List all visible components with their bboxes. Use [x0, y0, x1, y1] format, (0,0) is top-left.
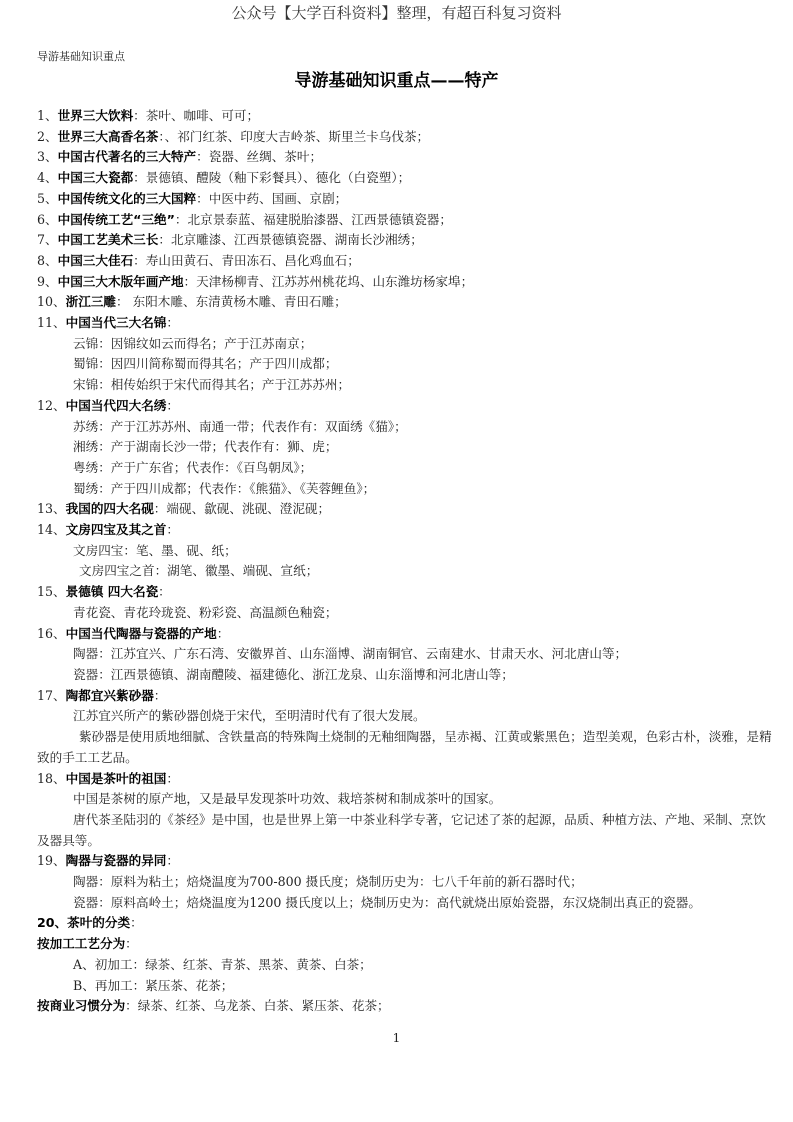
separator: ： — [158, 584, 171, 599]
section-heading: 12、中国当代四大名绣： — [37, 396, 772, 417]
item-heading: 中国三大佳石 — [58, 253, 134, 268]
separator: ： — [154, 688, 167, 703]
separator: ： — [133, 170, 146, 185]
item-body: 绿茶、红茶、乌龙茶、白茶、紧压茶、花茶； — [138, 998, 390, 1013]
separator: ： — [133, 253, 146, 268]
item-body: 景德镇、醴陵（釉下彩餐具）、德化（白瓷塑）； — [146, 170, 410, 185]
item-heading: 世界三大饮料 — [58, 108, 134, 123]
separator: ： — [166, 398, 179, 413]
item-body: 东阳木雕、东清黄杨木雕、青田石雕； — [129, 294, 347, 309]
sub-line: 陶器：原料为粘土；焙烧温度为700-800 摄氏度；烧制历史为：七八千年前的新石… — [37, 872, 772, 893]
item-body: 寿山田黄石、青田冻石、昌化鸡血石； — [146, 253, 360, 268]
item-heading: 文房四宝及其之首 — [66, 522, 167, 537]
item-heading: 中国三大瓷都 — [58, 170, 134, 185]
separator: ： — [175, 212, 188, 227]
list-item: 10、浙江三雕： 东阳木雕、东清黄杨木雕、青田石雕； — [37, 292, 772, 313]
separator: ： — [196, 149, 209, 164]
list-item: 4、中国三大瓷都：景德镇、醴陵（釉下彩餐具）、德化（白瓷塑）； — [37, 168, 772, 189]
separator: ： — [184, 274, 197, 289]
item-number: 19、 — [37, 853, 66, 868]
item-number: 6、 — [37, 212, 58, 227]
item-heading: 世界三大高香名茶 — [58, 129, 159, 144]
item-number: 17、 — [37, 688, 66, 703]
separator: ： — [166, 771, 179, 786]
paragraph: 唐代茶圣陆羽的《茶经》是中国，也是世界上第一中茶业科学专著，它记述了茶的起源，品… — [37, 810, 772, 851]
paragraph: 紫砂器是使用质地细腻、含铁量高的特殊陶土烧制的无釉细陶器，呈赤褐、江黄或紫黑色；… — [37, 727, 772, 768]
item-number: 7、 — [37, 232, 58, 247]
item-number: 18、 — [37, 771, 66, 786]
separator: ： — [130, 915, 143, 930]
item-body: 、祁门红茶、印度大吉岭茶、斯里兰卡乌伐茶； — [165, 129, 429, 144]
sub-line: B、再加工：紧压茶、花茶； — [37, 976, 772, 997]
item-number: 16、 — [37, 626, 66, 641]
item-body: 中医中药、国画、京剧； — [209, 191, 348, 206]
item-number: 15、 — [37, 584, 66, 599]
sub-line: 蜀绣：产于四川成都；代表作：《熊猫》、《芙蓉鲤鱼》； — [37, 479, 772, 500]
section-heading: 16、中国当代陶器与瓷器的产地： — [37, 624, 772, 645]
item-heading: 中国工艺美术三长 — [58, 232, 159, 247]
list-item: 2、世界三大高香名茶：、祁门红茶、印度大吉岭茶、斯里兰卡乌伐茶； — [37, 127, 772, 148]
separator: ： — [116, 294, 129, 309]
item-body: 端砚、歙砚、洮砚、澄泥砚； — [166, 501, 330, 516]
sub-line: A、初加工：绿茶、红茶、青茶、黑茶、黄茶、白茶； — [37, 955, 772, 976]
document-title: 导游基础知识重点——特产 — [0, 66, 793, 91]
section-heading: 14、文房四宝及其之首： — [37, 520, 772, 541]
section-heading: 11、中国当代三大名锦： — [37, 313, 772, 334]
sub-line: 粤绣：产于广东省；代表作：《百鸟朝凤》； — [37, 458, 772, 479]
item-number: 13、 — [37, 501, 66, 516]
section-heading: 17、陶都宜兴紫砂器： — [37, 686, 772, 707]
item-heading: 中国传统工艺“三绝” — [58, 212, 175, 227]
item-number: 11、 — [37, 315, 66, 330]
item-heading: 中国三大木版年画产地 — [58, 274, 184, 289]
item-heading: 中国当代陶器与瓷器的产地 — [66, 626, 217, 641]
separator: ： — [125, 998, 138, 1013]
item-number: 2、 — [37, 129, 58, 144]
sub-line: 瓷器：原料高岭土；焙烧温度为1200 摄氏度以上；烧制历史为：高代就烧出原始瓷器… — [37, 893, 772, 914]
list-item: 7、中国工艺美术三长：北京雕漆、江西景德镇瓷器、湖南长沙湘绣； — [37, 230, 772, 251]
separator: ： — [217, 626, 230, 641]
section-heading: 19、陶器与瓷器的异同： — [37, 851, 772, 872]
list-item: 13、我国的四大名砚：端砚、歙砚、洮砚、澄泥砚； — [37, 499, 772, 520]
subsection-heading: 按加工工艺分为： — [37, 934, 772, 955]
item-heading: 陶器与瓷器的异同 — [66, 853, 167, 868]
item-number: 3、 — [37, 149, 58, 164]
item-heading: 我国的四大名砚 — [66, 501, 154, 516]
separator: ： — [196, 191, 209, 206]
item-number: 8、 — [37, 253, 58, 268]
sub-line: 陶器：江苏宜兴、广东石湾、安徽界首、山东淄博、湖南铜官、云南建水、甘肃天水、河北… — [37, 644, 772, 665]
sub-line: 瓷器：江西景德镇、湖南醴陵、福建德化、浙江龙泉、山东淄博和河北唐山等； — [37, 665, 772, 686]
section-heading: 20、茶叶的分类： — [37, 913, 772, 934]
watermark-banner: 公众号【大学百科资料】整理，有超百科复习资料 — [0, 2, 793, 23]
item-number: 4、 — [37, 170, 58, 185]
item-number: 9、 — [37, 274, 58, 289]
item-heading: 景德镇 四大名瓷 — [66, 584, 159, 599]
item-number: 12、 — [37, 398, 66, 413]
item-body: 瓷器、丝绸、茶叶； — [209, 149, 322, 164]
item-body: 北京雕漆、江西景德镇瓷器、湖南长沙湘绣； — [171, 232, 423, 247]
separator: ： — [125, 936, 138, 951]
list-item: 5、中国传统文化的三大国粹：中医中药、国画、京剧； — [37, 189, 772, 210]
item-heading: 中国传统文化的三大国粹 — [58, 191, 197, 206]
list-item: 6、中国传统工艺“三绝”：北京景泰蓝、福建脱胎漆器、江西景德镇瓷器； — [37, 210, 772, 231]
item-number: 1、 — [37, 108, 58, 123]
page-number: 1 — [0, 1031, 793, 1045]
separator: ： — [158, 232, 171, 247]
item-heading: 中国当代三大名锦 — [66, 315, 167, 330]
item-heading: 中国古代著名的三大特产 — [58, 149, 197, 164]
sub-line: 宋锦：相传始织于宋代而得其名；产于江苏苏州； — [37, 375, 772, 396]
paragraph: 中国是茶树的原产地，又是最早发现茶叶功效、栽培茶树和制成茶叶的国家。 — [37, 789, 772, 810]
sub-line: 文房四宝之首：湖笔、徽墨、端砚、宣纸； — [37, 561, 772, 582]
subsection-title: 按商业习惯分为 — [37, 998, 125, 1013]
list-item: 8、中国三大佳石：寿山田黄石、青田冻石、昌化鸡血石； — [37, 251, 772, 272]
running-header: 导游基础知识重点 — [37, 48, 125, 64]
sub-line: 云锦：因锦纹如云而得名；产于江苏南京； — [37, 334, 772, 355]
section-heading: 18、中国是茶叶的祖国： — [37, 769, 772, 790]
subsection-title: 按加工工艺分为 — [37, 936, 125, 951]
item-heading: 陶都宜兴紫砂器 — [66, 688, 154, 703]
item-heading: 20、茶叶的分类 — [37, 915, 130, 930]
document-body: 1、世界三大饮料：茶叶、咖啡、可可； 2、世界三大高香名茶：、祁门红茶、印度大吉… — [37, 106, 772, 1017]
separator: ： — [166, 315, 179, 330]
item-body: 北京景泰蓝、福建脱胎漆器、江西景德镇瓷器； — [188, 212, 452, 227]
sub-line: 苏绣：产于江苏苏州、南通一带；代表作有：双面绣《猫》； — [37, 417, 772, 438]
list-item: 1、世界三大饮料：茶叶、咖啡、可可； — [37, 106, 772, 127]
item-number: 10、 — [37, 294, 66, 309]
sub-line: 湘绣：产于湖南长沙一带；代表作有：狮、虎； — [37, 437, 772, 458]
separator: ： — [133, 108, 146, 123]
sub-line: 蜀锦：因四川简称蜀而得其名；产于四川成都； — [37, 354, 772, 375]
sub-line: 文房四宝：笔、墨、砚、纸； — [37, 541, 772, 562]
item-body: 天津杨柳青、江苏苏州桃花坞、山东潍坊杨家埠； — [196, 274, 473, 289]
list-item: 9、中国三大木版年画产地：天津杨柳青、江苏苏州桃花坞、山东潍坊杨家埠； — [37, 272, 772, 293]
paragraph: 江苏宜兴所产的紫砂器创烧于宋代，至明清时代有了很大发展。 — [37, 706, 772, 727]
separator: ： — [166, 853, 179, 868]
separator: ： — [166, 522, 179, 537]
list-item: 3、中国古代著名的三大特产：瓷器、丝绸、茶叶； — [37, 147, 772, 168]
item-number: 5、 — [37, 191, 58, 206]
item-heading: 中国当代四大名绣 — [66, 398, 167, 413]
item-heading: 中国是茶叶的祖国 — [66, 771, 167, 786]
list-item: 按商业习惯分为：绿茶、红茶、乌龙茶、白茶、紧压茶、花茶； — [37, 996, 772, 1017]
section-heading: 15、景德镇 四大名瓷： — [37, 582, 772, 603]
item-heading: 浙江三雕 — [66, 294, 116, 309]
item-body: 茶叶、咖啡、可可； — [146, 108, 259, 123]
item-number: 14、 — [37, 522, 66, 537]
separator: ： — [154, 501, 167, 516]
sub-line: 青花瓷、青花玲珑瓷、粉彩瓷、高温颜色釉瓷； — [37, 603, 772, 624]
